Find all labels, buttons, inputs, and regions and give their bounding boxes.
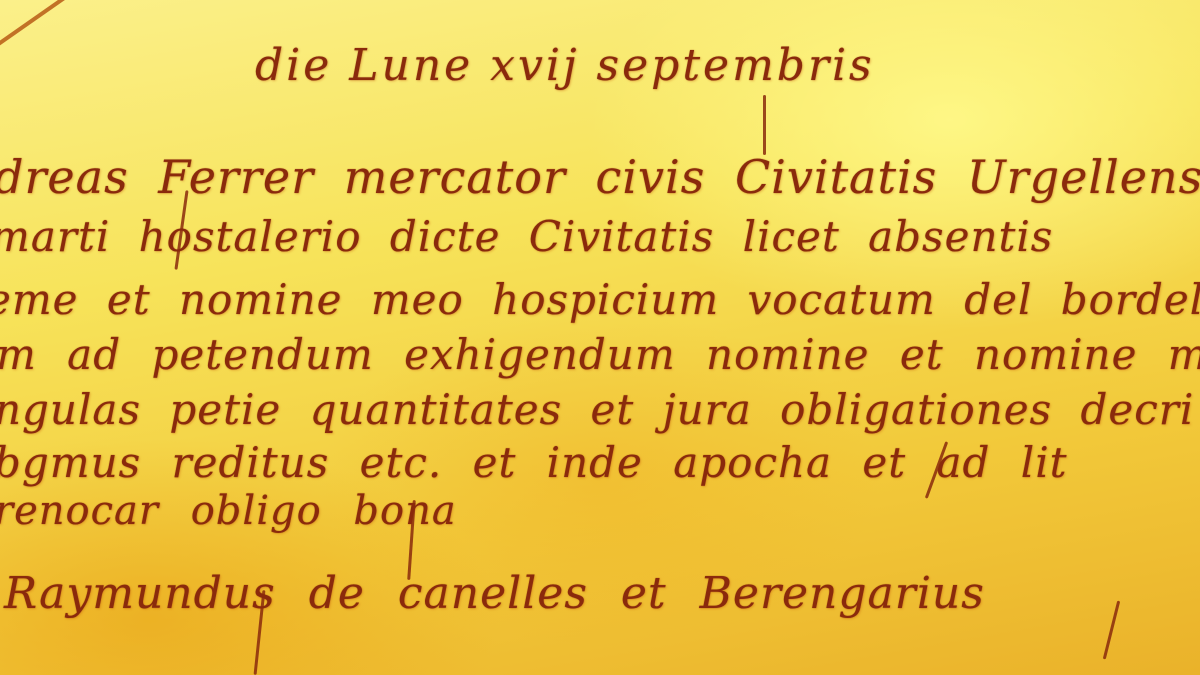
manuscript-line-6: bgmus reditus etc. et inde apocha et ad … — [0, 438, 1068, 487]
manuscript-heading: die Lune xvij septembris — [255, 40, 875, 91]
manuscript-line-7: renocar obligo bona — [0, 488, 457, 534]
manuscript-line-8: Raymundus de canelles et Berengarius — [4, 568, 985, 619]
manuscript-line-4: m ad petendum exhigendum nomine et nomin… — [0, 330, 1200, 379]
manuscript-page: die Lune xvij septembris dreas Ferrer me… — [0, 0, 1200, 675]
ink-descender — [763, 95, 766, 155]
ink-descender — [1103, 601, 1120, 660]
manuscript-line-3: eme et nomine meo hospicium vocatum del … — [0, 275, 1200, 324]
ink-stroke — [0, 0, 71, 59]
manuscript-line-2: marti hostalerio dicte Civitatis licet a… — [0, 212, 1053, 261]
manuscript-line-5: ngulas petie quantitates et jura obligat… — [0, 385, 1194, 434]
manuscript-line-1: dreas Ferrer mercator civis Civitatis Ur… — [0, 150, 1200, 204]
